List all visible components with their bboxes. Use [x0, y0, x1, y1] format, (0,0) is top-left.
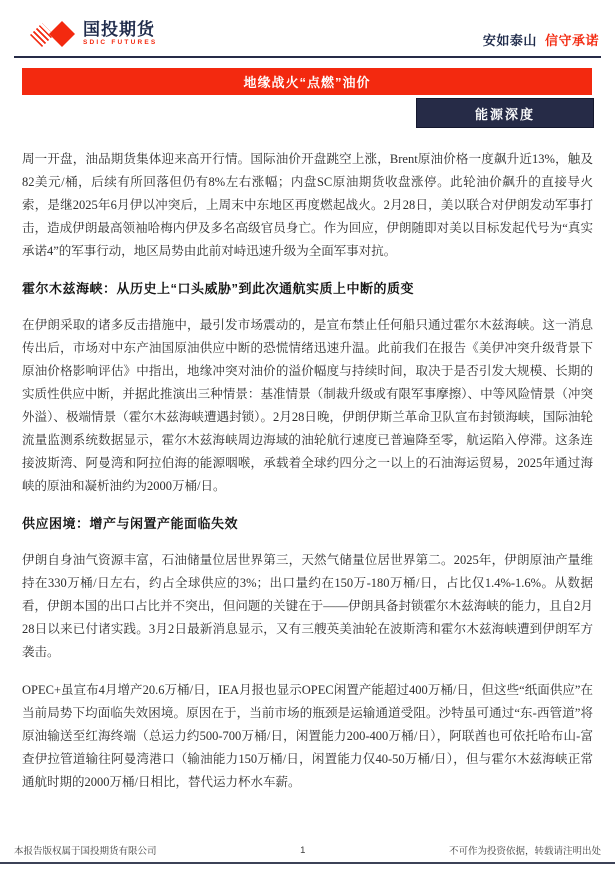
report-category-banner: 能源深度: [416, 98, 594, 128]
brand-slogan: 安如泰山 信守承诺: [483, 30, 599, 49]
section-heading-supply: 供应困境：增产与闲置产能面临失效: [22, 514, 593, 534]
sdic-futures-logo-icon: [30, 19, 74, 49]
header-divider: [14, 56, 601, 58]
report-title: 地缘战火“点燃”油价: [243, 72, 370, 91]
report-title-banner: 地缘战火“点燃”油价: [22, 68, 592, 95]
body-paragraph: OPEC+虽宣布4月增产20.6万桶/日，IEA月报也显示OPEC闲置产能超过4…: [22, 679, 593, 794]
body-paragraph: 周一开盘，油品期货集体迎来高开行情。国际油价开盘跳空上涨，Brent原油价格一度…: [22, 148, 593, 263]
brand-text: 国投期货 SDIC FUTURES: [83, 21, 157, 47]
footer-divider: [0, 862, 615, 864]
logo-diamond-icon: [49, 21, 75, 47]
footer-disclaimer: 不可作为投资依据，转载请注明出处: [449, 843, 601, 857]
body-paragraph: 伊朗自身油气资源丰富，石油储量位居世界第三，天然气储量位居世界第二。2025年，…: [22, 549, 593, 664]
brand-name-en: SDIC FUTURES: [83, 40, 157, 47]
body-paragraph: 在伊朗采取的诸多反击措施中，最引发市场震动的，是宣布禁止任何船只通过霍尔木兹海峡…: [22, 314, 593, 498]
brand: 国投期货 SDIC FUTURES: [30, 19, 157, 49]
slogan-part-red: 信守承诺: [545, 33, 599, 48]
report-category-label: 能源深度: [475, 104, 535, 123]
section-heading-hormuz: 霍尔木兹海峡：从历史上“口头威胁”到此次通航实质上中断的质变: [22, 279, 593, 299]
brand-name-cn: 国投期货: [83, 21, 157, 38]
slogan-part-navy: 安如泰山: [483, 33, 537, 48]
report-header: 国投期货 SDIC FUTURES 安如泰山 信守承诺: [0, 0, 615, 57]
report-footer: 本报告版权属于国投期货有限公司 1 不可作为投资依据，转载请注明出处: [14, 843, 601, 857]
report-body: 周一开盘，油品期货集体迎来高开行情。国际油价开盘跳空上涨，Brent原油价格一度…: [22, 148, 593, 809]
report-page: 国投期货 SDIC FUTURES 安如泰山 信守承诺 地缘战火“点燃”油价 能…: [0, 0, 615, 870]
footer-copyright: 本报告版权属于国投期货有限公司: [14, 843, 157, 857]
footer-page-number: 1: [300, 845, 305, 856]
